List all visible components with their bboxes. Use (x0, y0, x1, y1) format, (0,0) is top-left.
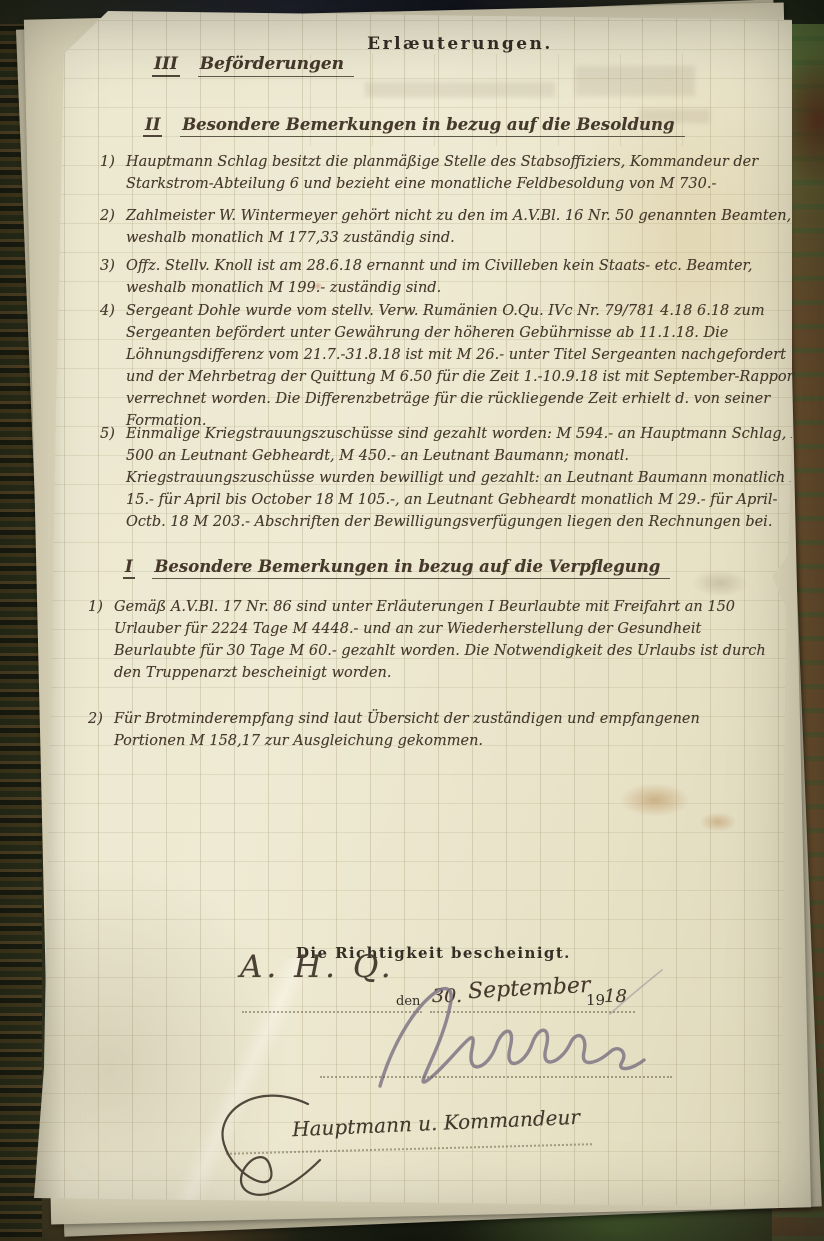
besoldung-item-2: 2)Zahlmeister W. Wintermeyer gehört nich… (100, 205, 800, 249)
pencil-signature (360, 956, 670, 1116)
item-number: 1) (100, 151, 126, 173)
item-number: 4) (100, 300, 126, 322)
item-text: Sergeant Dohle wurde vom stellv. Verw. R… (126, 303, 799, 429)
section-ii-heading: II Besondere Bemerkungen in bezug auf di… (143, 114, 685, 136)
photograph-of-document: Erlæuterungen. III Beförderungen II Beso… (0, 0, 824, 1241)
section-numeral: II (143, 115, 162, 137)
item-text: Für Brotminderempfang sind laut Übersich… (114, 711, 700, 749)
besoldung-item-4: 4)Sergeant Dohle wurde vom stellv. Verw.… (100, 300, 812, 432)
document-page: Erlæuterungen. III Beförderungen II Beso… (30, 8, 792, 1210)
section-title: Besondere Bemerkungen in bezug auf die B… (180, 115, 684, 137)
item-number: 1) (88, 596, 114, 618)
item-number: 5) (100, 423, 126, 445)
section-title: Besondere Bemerkungen in bezug auf die V… (152, 557, 670, 579)
item-text: Offz. Stellv. Knoll ist am 28.6.18 ernan… (126, 258, 753, 296)
item-number: 3) (100, 255, 126, 277)
item-text: Hauptmann Schlag besitzt die planmäßige … (126, 154, 758, 192)
section-numeral: I (123, 557, 135, 579)
dotted-baseline (320, 1076, 672, 1078)
item-number: 2) (100, 205, 126, 227)
besoldung-item-3: 3)Offz. Stellv. Knoll ist am 28.6.18 ern… (100, 255, 800, 299)
item-text: Zahlmeister W. Wintermeyer gehört nicht … (126, 208, 791, 246)
section-title: Beförderungen (198, 54, 354, 77)
section-numeral: III (152, 54, 180, 77)
item-number: 2) (88, 708, 114, 730)
verpflegung-item-2: 2)Für Brotminderempfang sind laut Übersi… (88, 708, 734, 752)
item-text: Gemäß A.V.Bl. 17 Nr. 86 sind unter Erläu… (114, 599, 766, 681)
besoldung-item-5: 5)Einmalige Kriegstrauungszuschüsse sind… (100, 423, 816, 533)
section-i-heading: I Besondere Bemerkungen in bezug auf die… (123, 556, 670, 578)
signature-flourish (208, 1086, 338, 1196)
besoldung-item-1: 1)Hauptmann Schlag besitzt die planmäßig… (100, 151, 800, 195)
item-text: Einmalige Kriegstrauungszuschüsse sind g… (126, 426, 806, 530)
verpflegung-item-1: 1)Gemäß A.V.Bl. 17 Nr. 86 sind unter Erl… (88, 596, 774, 684)
section-iii-heading: III Beförderungen (152, 53, 354, 75)
printed-header: Erlæuterungen. (360, 34, 560, 54)
